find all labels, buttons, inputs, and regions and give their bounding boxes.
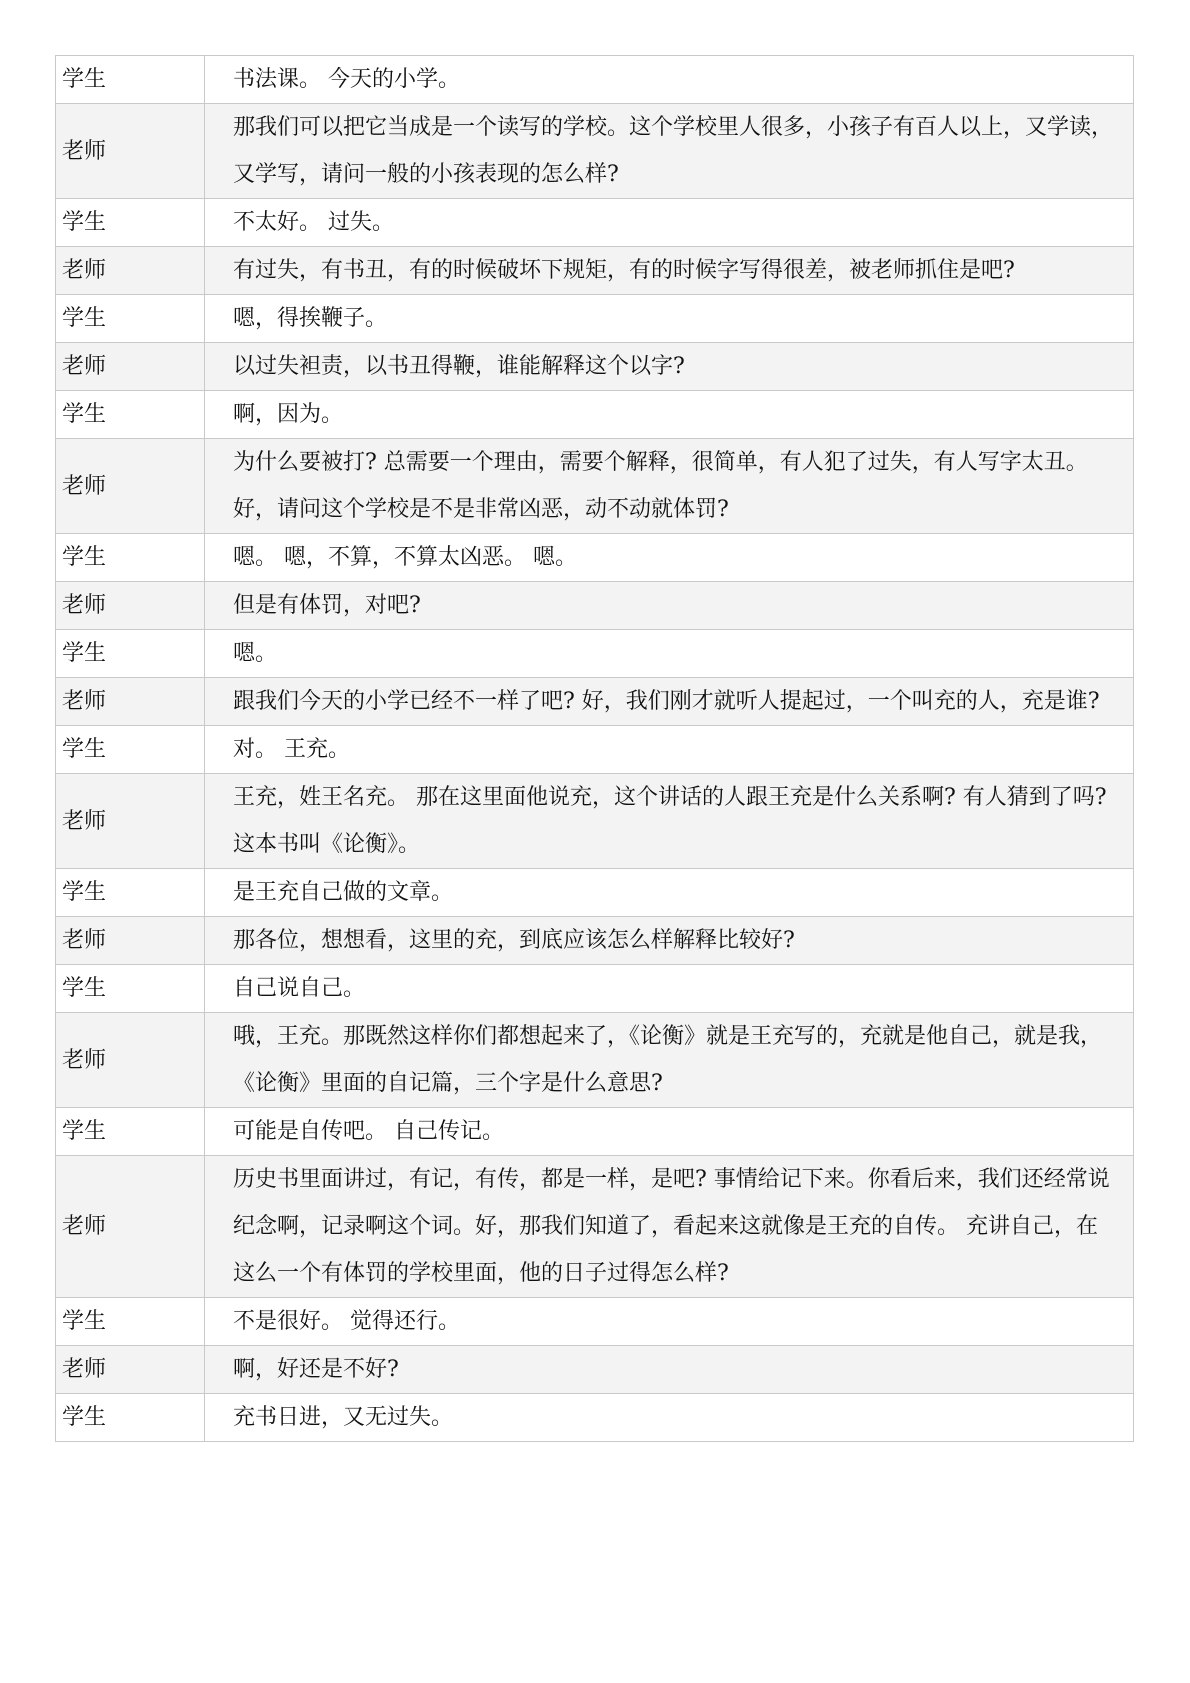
dialogue-row: 学生不太好。 过失。 [56,199,1134,247]
transcript-page: 学生书法课。 今天的小学。老师那我们可以把它当成是一个读写的学校。这个学校里人很… [0,0,1190,1683]
dialogue-cell: 王充，姓王名充。 那在这里面他说充，这个讲话的人跟王充是什么关系啊? 有人猜到了… [205,774,1134,869]
speaker-cell: 学生 [56,726,205,774]
dialogue-row: 学生自己说自己。 [56,965,1134,1013]
dialogue-row: 老师为什么要被打? 总需要一个理由，需要个解释，很简单，有人犯了过失，有人写字太… [56,439,1134,534]
speaker-cell: 老师 [56,678,205,726]
dialogue-row: 学生啊，因为。 [56,391,1134,439]
speaker-cell: 老师 [56,1156,205,1298]
dialogue-cell: 不太好。 过失。 [205,199,1134,247]
dialogue-cell: 有过失，有书丑，有的时候破坏下规矩，有的时候字写得很差，被老师抓住是吧? [205,247,1134,295]
dialogue-row: 学生嗯。 [56,630,1134,678]
dialogue-cell: 啊，因为。 [205,391,1134,439]
dialogue-cell: 哦，王充。那既然这样你们都想起来了，《论衡》就是王充写的，充就是他自己，就是我，… [205,1013,1134,1108]
speaker-cell: 学生 [56,1298,205,1346]
dialogue-cell: 嗯。 [205,630,1134,678]
speaker-cell: 学生 [56,965,205,1013]
speaker-cell: 学生 [56,630,205,678]
dialogue-cell: 书法课。 今天的小学。 [205,56,1134,104]
speaker-cell: 老师 [56,582,205,630]
dialogue-cell: 自己说自己。 [205,965,1134,1013]
dialogue-row: 学生对。 王充。 [56,726,1134,774]
dialogue-cell: 历史书里面讲过，有记，有传，都是一样，是吧? 事情给记下来。你看后来，我们还经常… [205,1156,1134,1298]
dialogue-row: 老师历史书里面讲过，有记，有传，都是一样，是吧? 事情给记下来。你看后来，我们还… [56,1156,1134,1298]
speaker-cell: 学生 [56,391,205,439]
dialogue-table: 学生书法课。 今天的小学。老师那我们可以把它当成是一个读写的学校。这个学校里人很… [55,55,1134,1442]
dialogue-cell: 不是很好。 觉得还行。 [205,1298,1134,1346]
dialogue-row: 老师那我们可以把它当成是一个读写的学校。这个学校里人很多，小孩子有百人以上，又学… [56,104,1134,199]
dialogue-cell: 是王充自己做的文章。 [205,869,1134,917]
dialogue-cell: 但是有体罚，对吧? [205,582,1134,630]
dialogue-cell: 嗯，得挨鞭子。 [205,295,1134,343]
dialogue-row: 学生充书日进，又无过失。 [56,1394,1134,1442]
dialogue-cell: 以过失袒责，以书丑得鞭，谁能解释这个以字? [205,343,1134,391]
dialogue-table-body: 学生书法课。 今天的小学。老师那我们可以把它当成是一个读写的学校。这个学校里人很… [56,56,1134,1442]
dialogue-row: 老师跟我们今天的小学已经不一样了吧? 好，我们刚才就听人提起过，一个叫充的人，充… [56,678,1134,726]
speaker-cell: 老师 [56,247,205,295]
speaker-cell: 学生 [56,1394,205,1442]
speaker-cell: 学生 [56,56,205,104]
dialogue-cell: 充书日进，又无过失。 [205,1394,1134,1442]
speaker-cell: 学生 [56,869,205,917]
dialogue-row: 老师但是有体罚，对吧? [56,582,1134,630]
speaker-cell: 老师 [56,439,205,534]
speaker-cell: 老师 [56,774,205,869]
dialogue-cell: 为什么要被打? 总需要一个理由，需要个解释，很简单，有人犯了过失，有人写字太丑。… [205,439,1134,534]
dialogue-cell: 那我们可以把它当成是一个读写的学校。这个学校里人很多，小孩子有百人以上，又学读，… [205,104,1134,199]
dialogue-row: 学生嗯。 嗯，不算，不算太凶恶。 嗯。 [56,534,1134,582]
dialogue-row: 学生不是很好。 觉得还行。 [56,1298,1134,1346]
speaker-cell: 学生 [56,199,205,247]
dialogue-cell: 跟我们今天的小学已经不一样了吧? 好，我们刚才就听人提起过，一个叫充的人，充是谁… [205,678,1134,726]
speaker-cell: 老师 [56,1346,205,1394]
dialogue-row: 老师啊，好还是不好? [56,1346,1134,1394]
speaker-cell: 学生 [56,534,205,582]
speaker-cell: 学生 [56,295,205,343]
dialogue-cell: 那各位，想想看，这里的充，到底应该怎么样解释比较好? [205,917,1134,965]
dialogue-cell: 啊，好还是不好? [205,1346,1134,1394]
dialogue-row: 老师哦，王充。那既然这样你们都想起来了，《论衡》就是王充写的，充就是他自己，就是… [56,1013,1134,1108]
dialogue-cell: 对。 王充。 [205,726,1134,774]
speaker-cell: 学生 [56,1108,205,1156]
dialogue-row: 学生可能是自传吧。 自己传记。 [56,1108,1134,1156]
dialogue-row: 老师有过失，有书丑，有的时候破坏下规矩，有的时候字写得很差，被老师抓住是吧? [56,247,1134,295]
speaker-cell: 老师 [56,343,205,391]
dialogue-row: 老师以过失袒责，以书丑得鞭，谁能解释这个以字? [56,343,1134,391]
dialogue-cell: 嗯。 嗯，不算，不算太凶恶。 嗯。 [205,534,1134,582]
dialogue-row: 学生嗯，得挨鞭子。 [56,295,1134,343]
dialogue-row: 老师王充，姓王名充。 那在这里面他说充，这个讲话的人跟王充是什么关系啊? 有人猜… [56,774,1134,869]
speaker-cell: 老师 [56,104,205,199]
speaker-cell: 老师 [56,917,205,965]
dialogue-row: 老师那各位，想想看，这里的充，到底应该怎么样解释比较好? [56,917,1134,965]
dialogue-row: 学生是王充自己做的文章。 [56,869,1134,917]
dialogue-row: 学生书法课。 今天的小学。 [56,56,1134,104]
speaker-cell: 老师 [56,1013,205,1108]
dialogue-cell: 可能是自传吧。 自己传记。 [205,1108,1134,1156]
